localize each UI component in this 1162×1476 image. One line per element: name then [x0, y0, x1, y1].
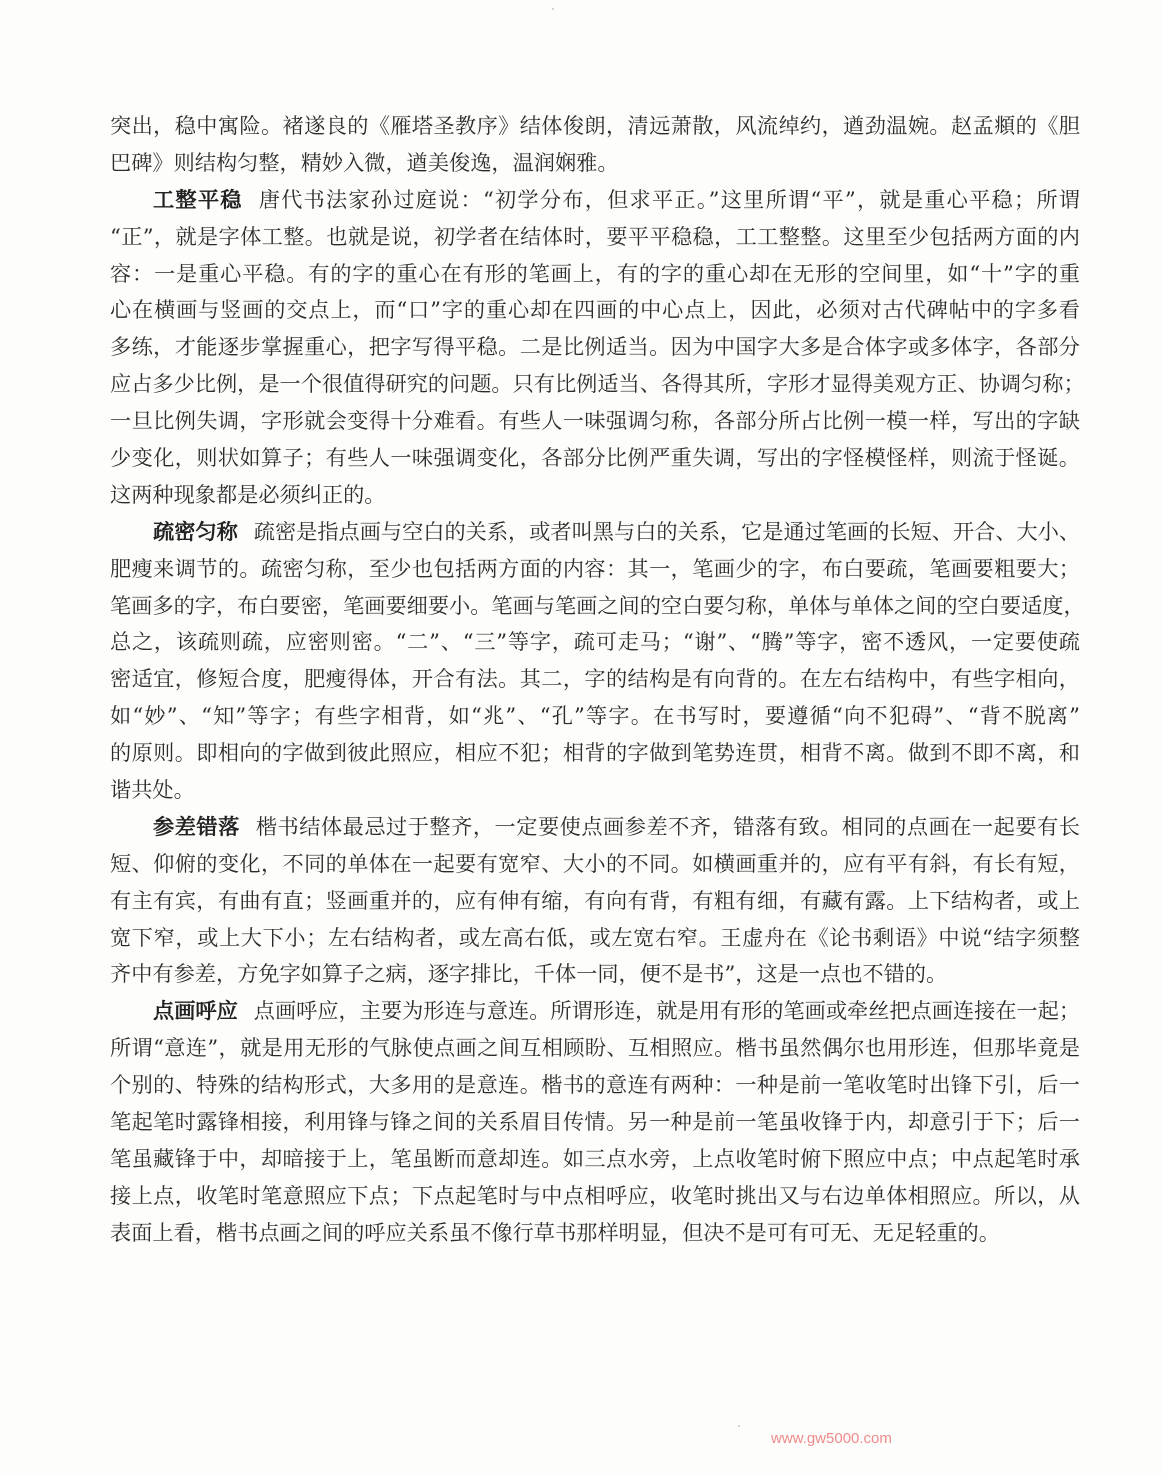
text-line: 齐中有参差，方免字如算子之病，逐字排比，千体一同，便不是书”，这是一点也不错的。	[110, 956, 1080, 993]
text-line: 少变化，则状如算子；有些人一味强调变化，各部分比例严重失调，写出的字怪模怪样，则…	[110, 440, 1080, 477]
section-heading: 疏密匀称	[153, 519, 238, 544]
text-line: 谐共处。	[110, 772, 1080, 809]
text-line: 个别的、特殊的结构形式，大多用的是意连。楷书的意连有两种：一种是前一笔收笔时出锋…	[110, 1067, 1080, 1104]
text-line: 容：一是重心平稳。有的字的重心在有形的笔画上，有的字的重心却在无形的空间里，如“…	[110, 256, 1080, 293]
text-line: 宽下窄，或上大下小；左右结构者，或左高右低，或左宽右窄。王虚舟在《论书剩语》中说…	[110, 920, 1080, 957]
text-line: 短、仰俯的变化，不同的单体在一起要有宽窄、大小的不同。如横画重并的，应有平有斜，…	[110, 846, 1080, 883]
paragraph-density: 疏密匀称疏密是指点画与空白的关系，或者叫黑与白的关系，它是通过笔画的长短、开合、…	[110, 514, 1080, 809]
text-line: 肥瘦来调节的。疏密匀称，至少也包括两方面的内容：其一，笔画少的字，布白要疏，笔画…	[110, 551, 1080, 588]
text-line: 一旦比例失调，字形就会变得十分难看。有些人一味强调匀称，各部分所占比例一模一样，…	[110, 403, 1080, 440]
text-line: 突出，稳中寓险。褚遂良的《雁塔圣教序》结体俊朗，清远萧散，风流绰约，遒劲温婉。赵…	[110, 108, 1080, 145]
text-line: 巴碑》则结构匀整，精妙入微，遒美俊逸，温润娴雅。	[110, 145, 1080, 182]
text-line: 这两种现象都是必须纠正的。	[110, 477, 1080, 514]
text-line: 如“妙”、“知”等字；有些字相背，如“兆”、“孔”等字。在书写时，要遵循“向不犯…	[110, 698, 1080, 735]
paragraph-balance: 工整平稳唐代书法家孙过庭说：“初学分布，但求平正。”这里所谓“平”，就是重心平稳…	[110, 182, 1080, 514]
paragraph-variation: 参差错落楷书结体最忌过于整齐，一定要使点画参差不齐，错落有致。相同的点画在一起要…	[110, 809, 1080, 993]
text-line: 有主有宾，有曲有直；竖画重并的，应有伸有缩，有向有背，有粗有细，有藏有露。上下结…	[110, 883, 1080, 920]
text-line: 多练，才能逐步掌握重心，把字写得平稳。二是比例适当。因为中国字大多是合体字或多体…	[110, 329, 1080, 366]
text-line: 应占多少比例，是一个很值得研究的问题。只有比例适当、各得其所，字形才显得美观方正…	[110, 366, 1080, 403]
text-line: 点画呼应点画呼应，主要为形连与意连。所谓形连，就是用有形的笔画或牵丝把点画连接在…	[110, 993, 1080, 1030]
text-line: 总之，该疏则疏，应密则密。“二”、“三”等字，疏可走马；“谢”、“腾”等字，密不…	[110, 624, 1080, 661]
text-line: 疏密匀称疏密是指点画与空白的关系，或者叫黑与白的关系，它是通过笔画的长短、开合、…	[110, 514, 1080, 551]
scan-speck	[738, 1425, 740, 1427]
text-line: 笔画多的字，布白要密，笔画要细要小。笔画与笔画之间的空白要匀称，单体与单体之间的…	[110, 588, 1080, 625]
text-run: 疏密是指点画与空白的关系，或者叫黑与白的关系，它是通过笔画的长短、开合、大小、	[254, 519, 1080, 544]
section-heading: 点画呼应	[153, 998, 238, 1023]
text-run: 唐代书法家孙过庭说：“初学分布，但求平正。”这里所谓“平”，就是重心平稳；所谓	[259, 187, 1080, 212]
text-line: 工整平稳唐代书法家孙过庭说：“初学分布，但求平正。”这里所谓“平”，就是重心平稳…	[110, 182, 1080, 219]
text-run: 楷书结体最忌过于整齐，一定要使点画参差不齐，错落有致。相同的点画在一起要有长	[256, 814, 1080, 839]
text-line: 参差错落楷书结体最忌过于整齐，一定要使点画参差不齐，错落有致。相同的点画在一起要…	[110, 809, 1080, 846]
text-line: 心在横画与竖画的交点上，而“口”字的重心却在四画的中心点上，因此，必须对古代碑帖…	[110, 292, 1080, 329]
text-line: “正”，就是字体工整。也就是说，初学者在结体时，要平平稳稳，工工整整。这里至少包…	[110, 219, 1080, 256]
document-page: 突出，稳中寓险。褚遂良的《雁塔圣教序》结体俊朗，清远萧散，风流绰约，遒劲温婉。赵…	[110, 108, 1080, 1252]
section-heading: 工整平稳	[153, 187, 243, 212]
text-line: 表面上看，楷书点画之间的呼应关系虽不像行草书那样明显，但决不是可有可无、无足轻重…	[110, 1215, 1080, 1252]
paragraph-correspondence: 点画呼应点画呼应，主要为形连与意连。所谓形连，就是用有形的笔画或牵丝把点画连接在…	[110, 993, 1080, 1251]
text-line: 接上点，收笔时笔意照应下点；下点起笔时与中点相呼应，收笔时挑出又与右边单体相照应…	[110, 1178, 1080, 1215]
text-line: 所谓“意连”，就是用无形的气脉使点画之间互相顾盼、互相照应。楷书虽然偶尔也用形连…	[110, 1030, 1080, 1067]
scan-speck	[552, 8, 554, 10]
text-line: 的原则。即相向的字做到彼此照应，相应不犯；相背的字做到笔势连贯，相背不离。做到不…	[110, 735, 1080, 772]
paragraph-continuation: 突出，稳中寓险。褚遂良的《雁塔圣教序》结体俊朗，清远萧散，风流绰约，遒劲温婉。赵…	[110, 108, 1080, 182]
section-heading: 参差错落	[153, 814, 240, 839]
text-line: 笔起笔时露锋相接，利用锋与锋之间的关系眉目传情。另一种是前一笔虽收锋于内，却意引…	[110, 1104, 1080, 1141]
text-run: 点画呼应，主要为形连与意连。所谓形连，就是用有形的笔画或牵丝把点画连接在一起；	[254, 998, 1080, 1023]
watermark-url: www.gw5000.com	[771, 1430, 892, 1447]
text-line: 笔虽藏锋于中，却暗接于上，笔虽断而意却连。如三点水旁，上点收笔时俯下照应中点；中…	[110, 1141, 1080, 1178]
text-line: 密适宜，修短合度，肥瘦得体，开合有法。其二，字的结构是有向背的。在左右结构中，有…	[110, 661, 1080, 698]
